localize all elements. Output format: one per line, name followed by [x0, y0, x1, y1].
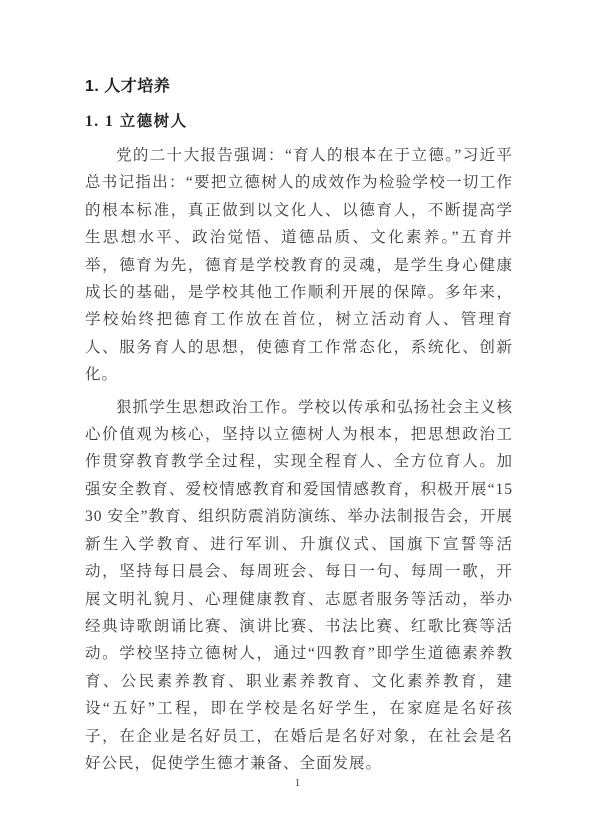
body-text: 党的二十大报告强调：“育人的根本在于立德。”习近平总书记指出：“要把立德树人的成…: [85, 142, 513, 777]
document-page: 1. 人才培养 1. 1 立德树人 党的二十大报告强调：“育人的根本在于立德。”…: [0, 0, 595, 831]
document-content: 1. 人才培养 1. 1 立德树人 党的二十大报告强调：“育人的根本在于立德。”…: [85, 76, 513, 777]
section-heading: 1. 人才培养: [85, 76, 513, 98]
page-number-label: 1: [0, 778, 595, 790]
body-paragraph: 狠抓学生思想政治工作。学校以传承和弘扬社会主义核心价值观为核心，坚持以立德树人为…: [85, 394, 513, 778]
subsection-heading: 1. 1 立德树人: [85, 111, 513, 133]
body-paragraph: 党的二十大报告强调：“育人的根本在于立德。”习近平总书记指出：“要把立德树人的成…: [85, 142, 513, 389]
